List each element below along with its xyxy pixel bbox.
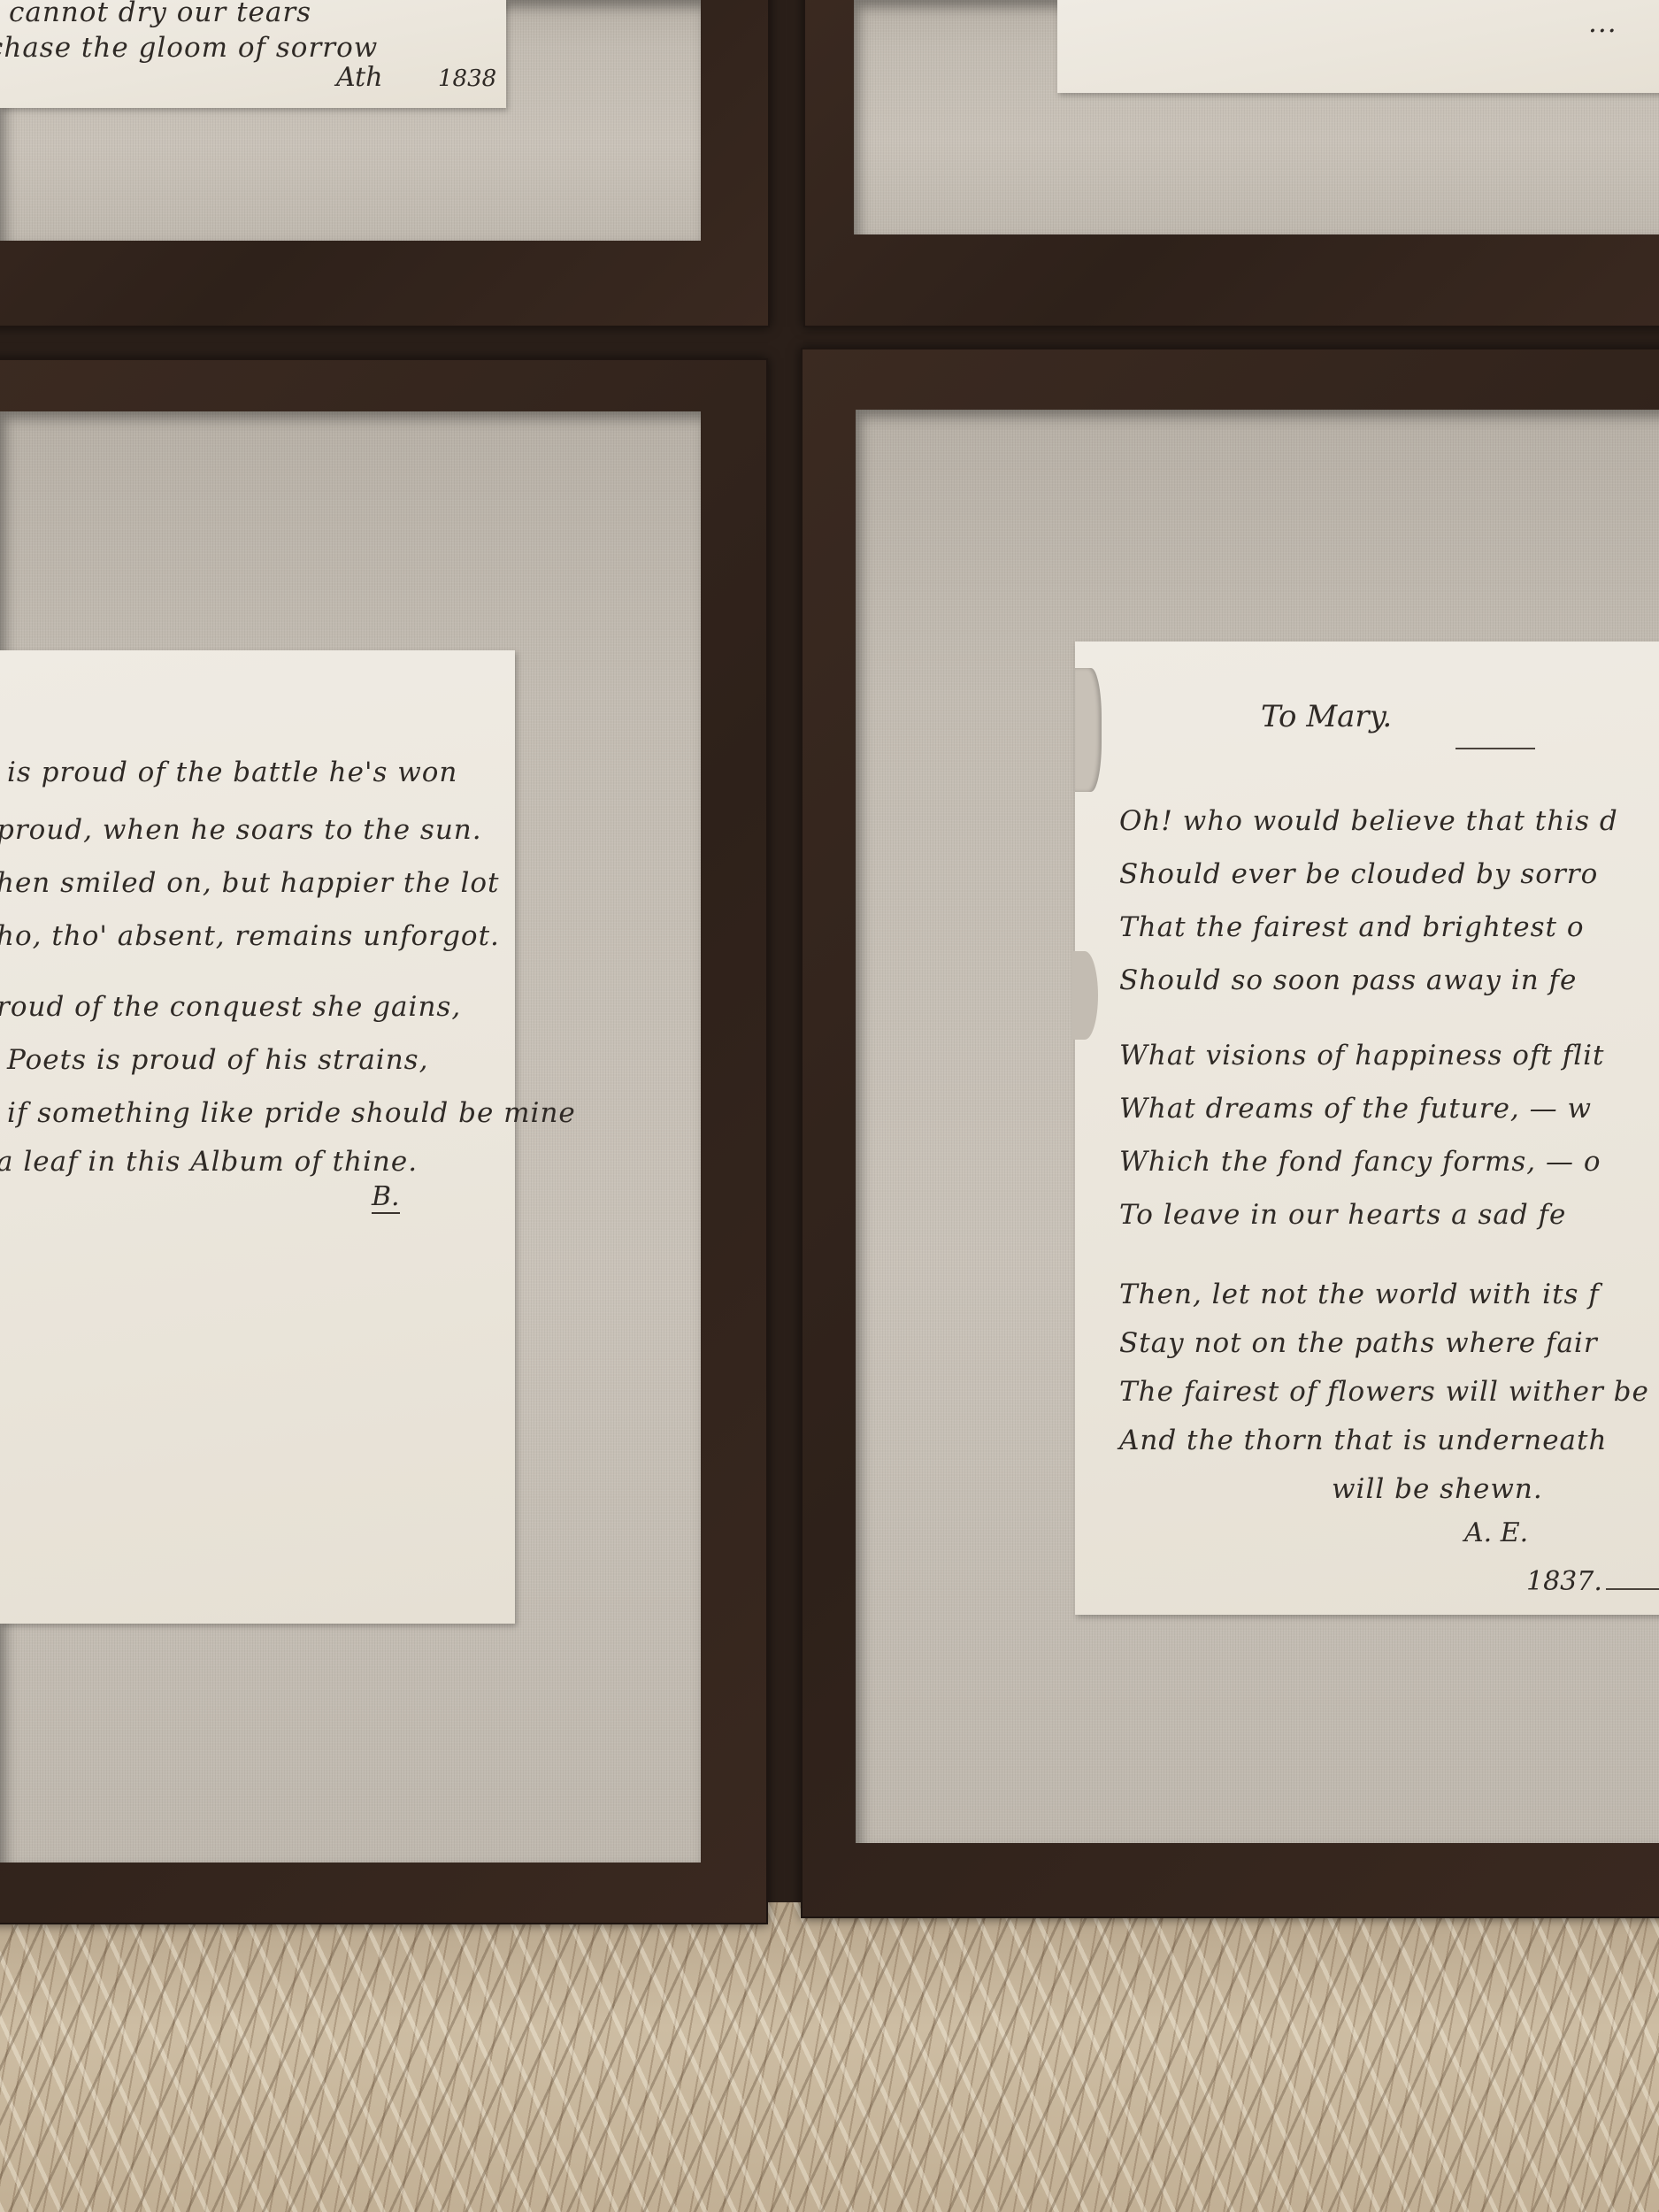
letter-line: ...: [1588, 7, 1617, 39]
seagrass-basket: [0, 1902, 1659, 2212]
letter-line: What dreams of the future, — w: [1119, 1093, 1592, 1125]
letter-line: Which the fond fancy forms, — o: [1119, 1146, 1601, 1178]
letter-year: 1837.: [1526, 1566, 1602, 1597]
linen-mat: is proud of the battle he's won proud, w…: [0, 411, 701, 1863]
letter-line: is proud of the battle he's won: [7, 757, 457, 788]
letter-bottom-right: To Mary. Oh! who would believe that this…: [1075, 641, 1659, 1615]
letter-line: To leave in our hearts a sad fe: [1119, 1199, 1566, 1231]
letter-line: chase the gloom of sorrow: [0, 32, 378, 64]
title-dash: [1455, 748, 1535, 749]
letter-top-right: ...: [1057, 0, 1659, 93]
letter-top-left: cannot dry our tears chase the gloom of …: [0, 0, 506, 108]
frame-bottom-left: is proud of the battle he's won proud, w…: [0, 358, 768, 1924]
letter-bottom-left: is proud of the battle he's won proud, w…: [0, 650, 515, 1624]
letter-line: Should so soon pass away in fe: [1119, 964, 1577, 996]
letter-title: To Mary.: [1261, 699, 1392, 734]
frame-bottom-right: To Mary. Oh! who would believe that this…: [801, 348, 1659, 1918]
linen-mat: ...: [854, 0, 1659, 234]
letter-signature: B.: [372, 1181, 400, 1214]
letter-line: Stay not on the paths where fair: [1119, 1327, 1598, 1359]
letter-line: The fairest of flowers will wither be: [1119, 1376, 1649, 1408]
year-dash: [1606, 1588, 1659, 1590]
linen-mat: cannot dry our tears chase the gloom of …: [0, 0, 701, 241]
letter-line: What visions of happiness oft flit: [1119, 1040, 1605, 1071]
letter-line: a leaf in this Album of thine.: [0, 1146, 418, 1178]
letter-signature: A. E.: [1464, 1517, 1528, 1548]
letter-line: if something like pride should be mine: [7, 1097, 576, 1129]
letter-line: Then, let not the world with its f: [1119, 1279, 1600, 1310]
letter-line: will be shewn.: [1332, 1473, 1543, 1505]
letter-signature: Ath: [336, 62, 383, 93]
photo-scene: cannot dry our tears chase the gloom of …: [0, 0, 1659, 2212]
letter-line: That the fairest and brightest o: [1119, 911, 1585, 943]
letter-line: ho, tho' absent, remains unforgot.: [0, 920, 500, 952]
frame-top-right: ...: [803, 0, 1659, 327]
letter-line: proud, when he soars to the sun.: [0, 814, 482, 846]
letter-line: hen smiled on, but happier the lot: [0, 867, 500, 899]
letter-line: Poets is proud of his strains,: [7, 1044, 428, 1076]
letter-line: And the thorn that is underneath: [1119, 1425, 1607, 1456]
letter-line: roud of the conquest she gains,: [0, 991, 461, 1023]
letter-year: 1838: [438, 65, 496, 92]
letter-line: Oh! who would believe that this d: [1119, 805, 1618, 837]
torn-edge: [1071, 951, 1098, 1040]
torn-edge: [1075, 668, 1102, 792]
linen-mat: To Mary. Oh! who would believe that this…: [856, 410, 1659, 1843]
letter-line: cannot dry our tears: [9, 0, 311, 28]
frame-top-left: cannot dry our tears chase the gloom of …: [0, 0, 770, 327]
letter-line: Should ever be clouded by sorro: [1119, 858, 1598, 890]
